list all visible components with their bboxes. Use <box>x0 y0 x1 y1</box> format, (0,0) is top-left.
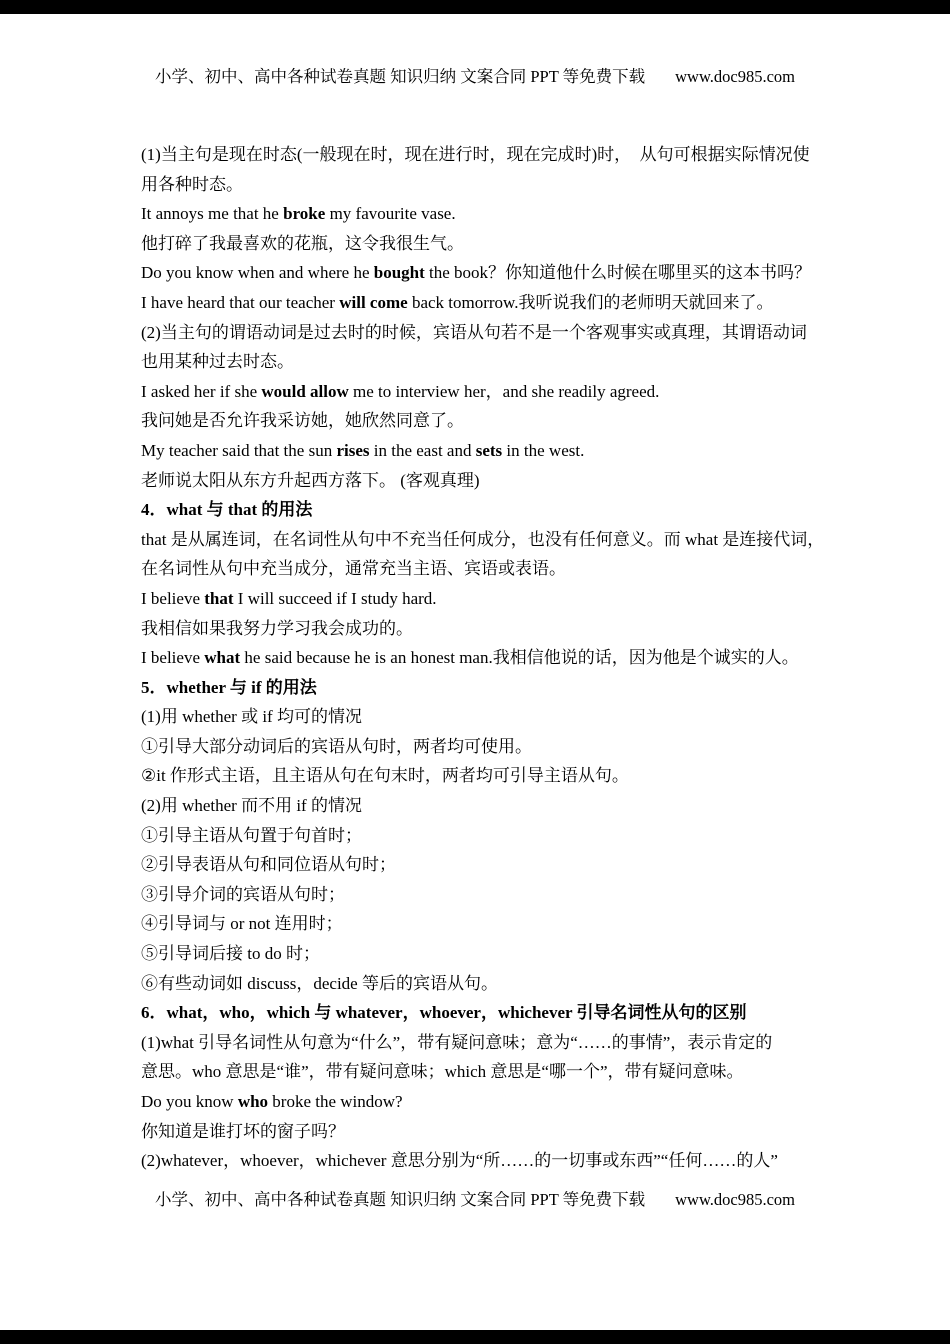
text-line: My teacher said that the sun rises in th… <box>141 436 831 466</box>
header-site-url: www.doc985.com <box>675 67 795 86</box>
text-line: Do you know when and where he bought the… <box>141 258 831 288</box>
text-line: 我相信如果我努力学习我会成功的。 <box>141 614 831 644</box>
section-heading-4: 4．what 与 that 的用法 <box>141 495 831 525</box>
text-line: (1)what 引导名词性从句意为“什么”，带有疑问意味；意为“……的事情”，表… <box>141 1028 831 1058</box>
text-line: ⑤引导词后接 to do 时； <box>141 939 831 969</box>
footer-site-url: www.doc985.com <box>675 1190 795 1209</box>
text-line: 用各种时态。 <box>141 170 831 200</box>
header-promo-text: 小学、初中、高中各种试卷真题 知识归纳 文案合同 PPT 等免费下载 <box>155 67 645 86</box>
text-line: Do you know who broke the window? <box>141 1087 831 1117</box>
text-line: It annoys me that he broke my favourite … <box>141 199 831 229</box>
section-heading-6: 6．what，who，which 与 whatever，whoever，whic… <box>141 998 831 1028</box>
text-line: I believe what he said because he is an … <box>141 643 831 673</box>
text-line: ②引导表语从句和同位语从句时； <box>141 850 831 880</box>
text-line: 我问她是否允许我采访她，她欣然同意了。 <box>141 406 831 436</box>
text-line: 你知道是谁打坏的窗子吗？ <box>141 1117 831 1147</box>
section-heading-5: 5．whether 与 if 的用法 <box>141 673 831 703</box>
footer-promo-text: 小学、初中、高中各种试卷真题 知识归纳 文案合同 PPT 等免费下载 <box>155 1190 645 1209</box>
text-line: that 是从属连词，在名词性从句中不充当任何成分，也没有任何意义。而 what… <box>141 525 831 555</box>
page-header: 小学、初中、高中各种试卷真题 知识归纳 文案合同 PPT 等免费下载www.do… <box>0 66 950 88</box>
text-line: I have heard that our teacher will come … <box>141 288 831 318</box>
page-bottom-edge-bar <box>0 1330 950 1344</box>
page-top-edge-bar <box>0 0 950 14</box>
text-line: ④引导词与 or not 连用时； <box>141 909 831 939</box>
text-line: I believe that I will succeed if I study… <box>141 584 831 614</box>
document-page: { "page": { "background": "#ffffff", "ba… <box>0 0 950 1344</box>
document-body: (1)当主句是现在时态(一般现在时，现在进行时，现在完成时)时， 从句可根据实际… <box>141 140 831 1176</box>
text-line: ①引导主语从句置于句首时； <box>141 821 831 851</box>
text-line: I asked her if she would allow me to int… <box>141 377 831 407</box>
text-line: (1)用 whether 或 if 均可的情况 <box>141 702 831 732</box>
text-line: ②it 作形式主语，且主语从句在句末时，两者均可引导主语从句。 <box>141 761 831 791</box>
text-line: 他打碎了我最喜欢的花瓶，这令我很生气。 <box>141 229 831 259</box>
page-footer: 小学、初中、高中各种试卷真题 知识归纳 文案合同 PPT 等免费下载www.do… <box>0 1189 950 1211</box>
text-line: (2)当主句的谓语动词是过去时的时候，宾语从句若不是一个客观事实或真理，其谓语动… <box>141 318 831 348</box>
text-line: ①引导大部分动词后的宾语从句时，两者均可使用。 <box>141 732 831 762</box>
text-line: ③引导介词的宾语从句时； <box>141 880 831 910</box>
text-line: (2)whatever，whoever，whichever 意思分别为“所……的… <box>141 1146 831 1176</box>
text-line: 也用某种过去时态。 <box>141 347 831 377</box>
text-line: (2)用 whether 而不用 if 的情况 <box>141 791 831 821</box>
text-line: (1)当主句是现在时态(一般现在时，现在进行时，现在完成时)时， 从句可根据实际… <box>141 140 831 170</box>
text-line: 在名词性从句中充当成分，通常充当主语、宾语或表语。 <box>141 554 831 584</box>
text-line: 意思。who 意思是“谁”，带有疑问意味；which 意思是“哪一个”，带有疑问… <box>141 1057 831 1087</box>
text-line: ⑥有些动词如 discuss，decide 等后的宾语从句。 <box>141 969 831 999</box>
text-line: 老师说太阳从东方升起西方落下。 (客观真理) <box>141 466 831 496</box>
